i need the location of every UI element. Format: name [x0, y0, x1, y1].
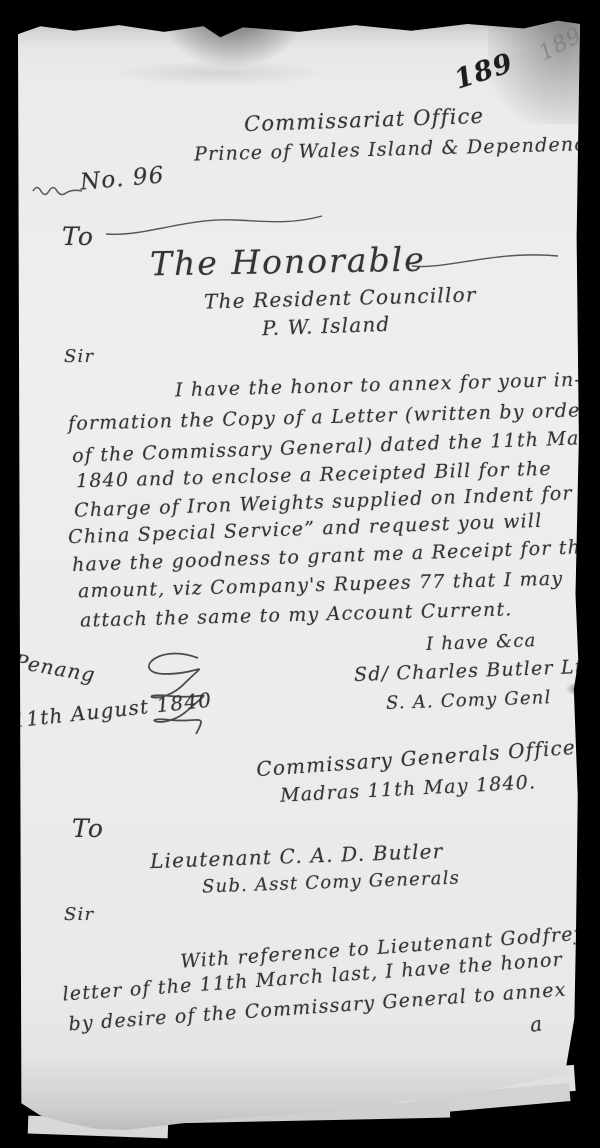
letter1-margin-place: Penang [13, 649, 98, 687]
edge-notch [566, 682, 582, 696]
letter1-body-line: I have the honor to annex for your in- [175, 369, 583, 402]
pen-swash [410, 246, 560, 272]
ink-smudge [168, 14, 298, 66]
letter2-to-label: To [72, 814, 104, 843]
letter2-salutation: Sir [64, 904, 94, 925]
letter1-addressee-line1: The Honorable [150, 240, 426, 284]
letter1-closing: I have &ca [426, 630, 537, 655]
letter1-office-line2: Prince of Wales Island & Dependencies [194, 132, 600, 165]
letter1-addressee-line2: The Resident Councillor [204, 282, 477, 313]
letter2-addressee-line1: Lieutenant C. A. D. Butler [150, 839, 444, 873]
scanned-letter-page: 189 189 Commissariat Office Prince of Wa… [0, 0, 600, 1148]
letter1-signature: Sd/ Charles Butler Lt [354, 656, 584, 686]
letter1-to-label: To [62, 222, 94, 251]
loop-flourish [126, 650, 226, 750]
top-edge-smudge [18, 14, 580, 48]
letter1-office-line1: Commissariat Office [244, 104, 485, 136]
letter1-signature-title: S. A. Comy Genl [386, 687, 552, 714]
folio-number-faint: 189 [535, 23, 587, 66]
pen-swash [104, 210, 324, 240]
letter1-body-line: attach the same to my Account Current. [80, 598, 513, 631]
letter1-addressee-line3: P. W. Island [262, 312, 391, 340]
show-through-ghost [108, 60, 328, 86]
letter1-number: No. 96 [79, 162, 166, 195]
letter1-salutation: Sir [64, 346, 94, 367]
document-page: 189 189 Commissariat Office Prince of Wa… [18, 14, 580, 1130]
pen-scribble [32, 182, 84, 196]
folio-number: 189 [451, 47, 518, 95]
letter2-addressee-line2: Sub. Asst Comy Generals [202, 868, 461, 898]
catchword: a [528, 1011, 544, 1037]
